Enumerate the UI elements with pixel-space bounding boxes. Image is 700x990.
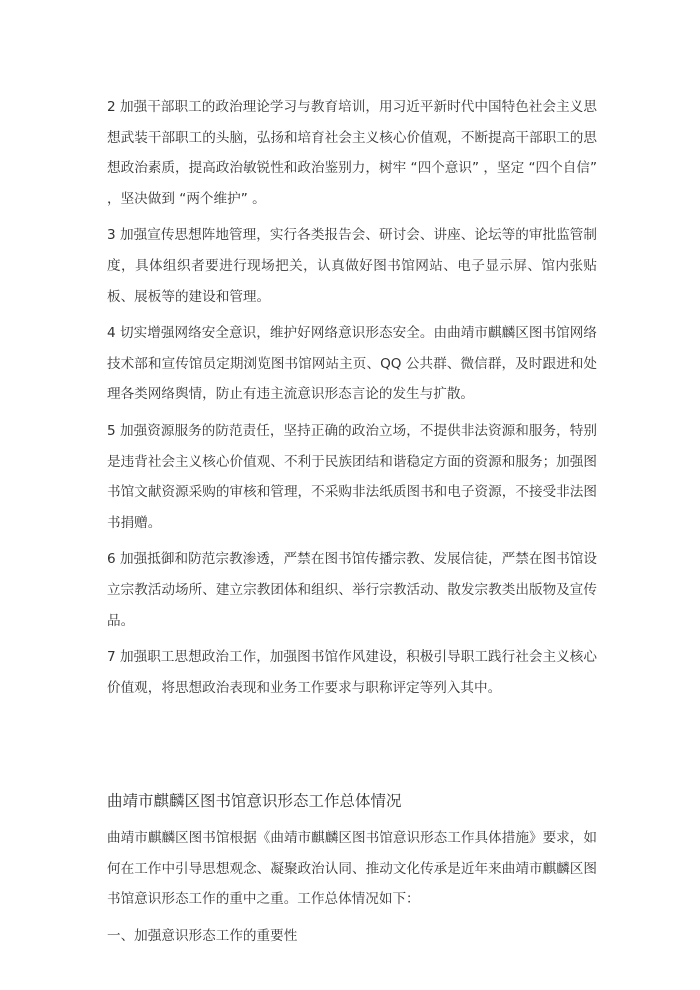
section-subheading: 一、加强意识形态工作的重要性 [107,921,597,952]
list-item-2: 2 加强干部职工的政治理论学习与教育培训，用习近平新时代中国特色社会主义思想武装… [107,92,597,214]
section-spacer [107,709,597,787]
list-item-4: 4 切实增强网络安全意识，维护好网络意识形态安全。由曲靖市麒麟区图书馆网络技术部… [107,318,597,410]
document-page: 2 加强干部职工的政治理论学习与教育培训，用习近平新时代中国特色社会主义思想武装… [107,92,597,952]
list-item-3: 3 加强宣传思想阵地管理，实行各类报告会、研讨会、讲座、论坛等的审批监管制度，具… [107,220,597,312]
list-item-6: 6 加强抵御和防范宗教渗透，严禁在图书馆传播宗教、发展信徒，严禁在图书馆设立宗教… [107,544,597,636]
section-intro: 曲靖市麒麟区图书馆根据《曲靖市麒麟区图书馆意识形态工作具体措施》要求，如何在工作… [107,823,597,915]
list-item-5: 5 加强资源服务的防范责任，坚持正确的政治立场，不提供非法资源和服务，特别是违背… [107,416,597,538]
list-item-7: 7 加强职工思想政治工作，加强图书馆作风建设，积极引导职工践行社会主义核心价值观… [107,642,597,703]
section-title: 曲靖市麒麟区图书馆意识形态工作总体情况 [107,787,597,815]
